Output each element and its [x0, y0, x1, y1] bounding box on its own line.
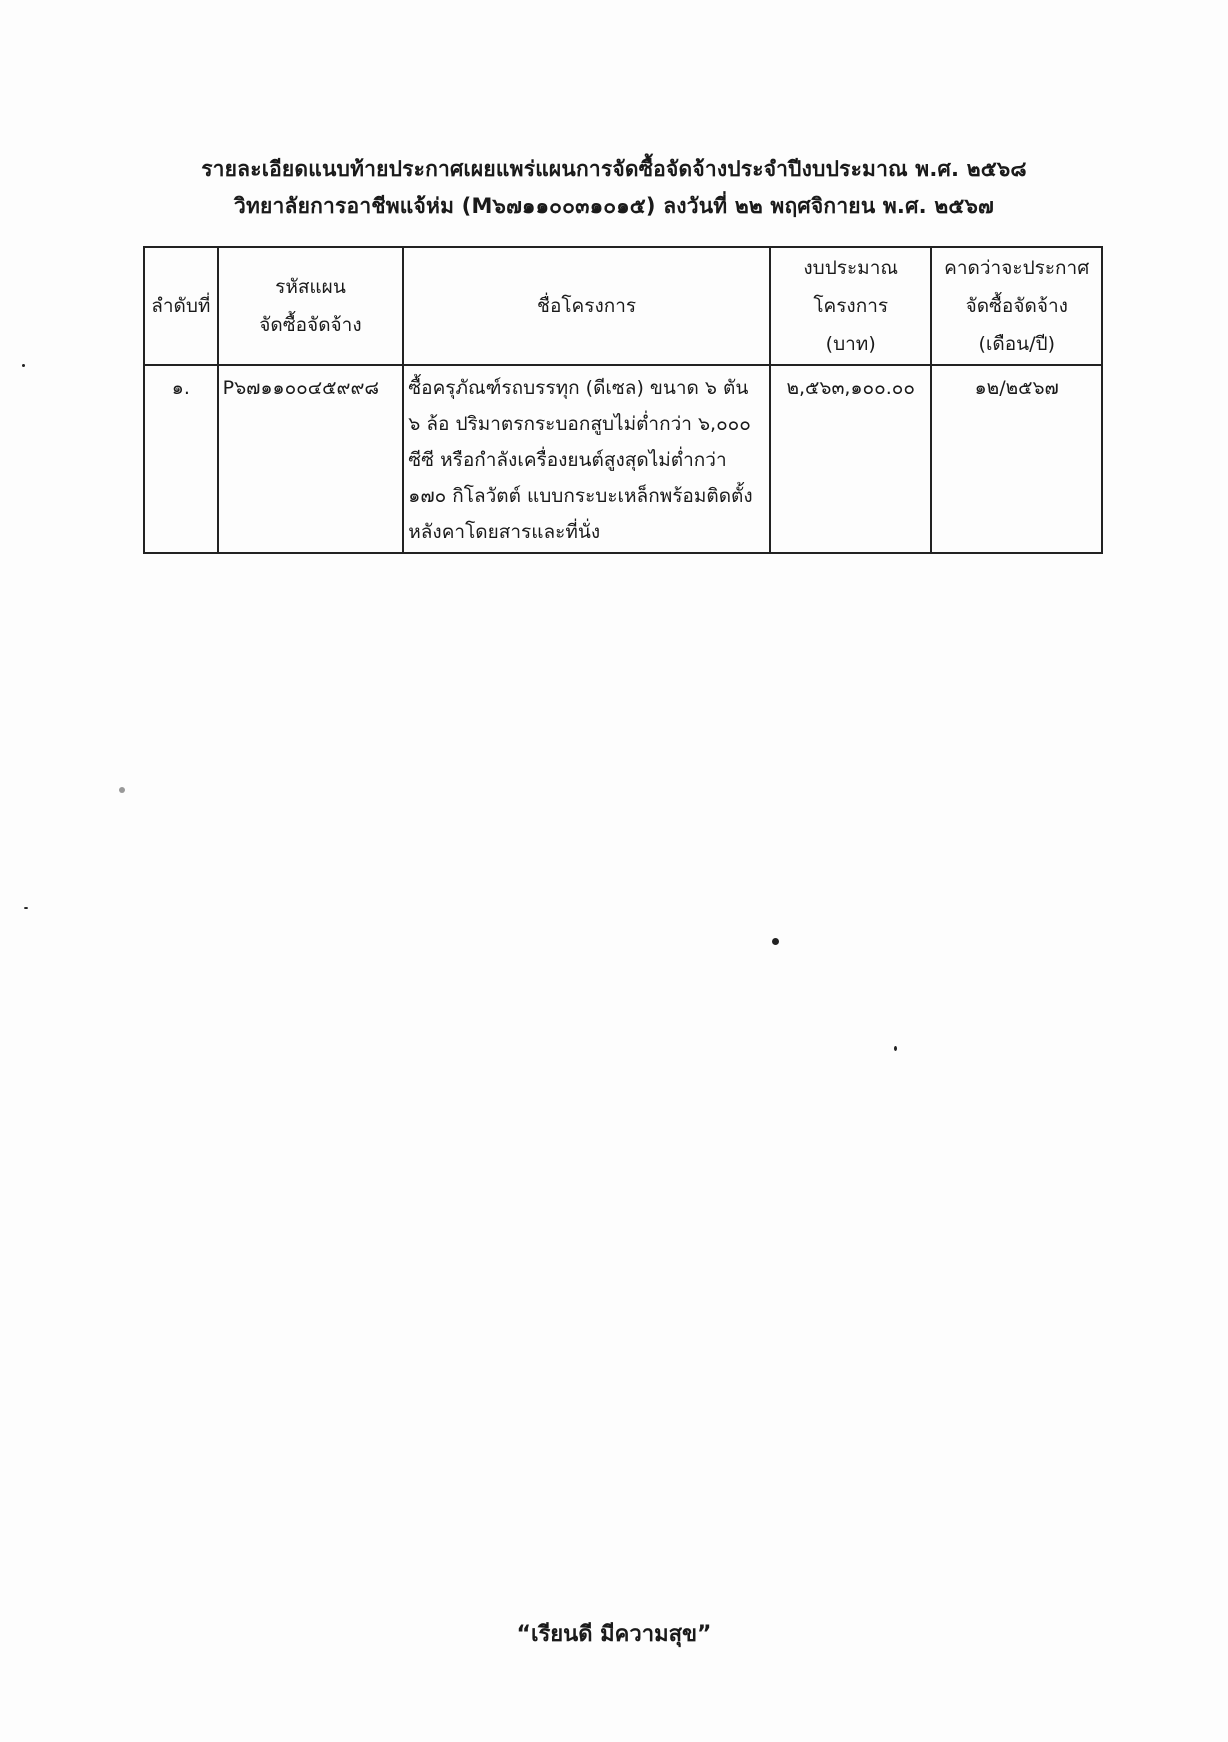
- table-row: ๑. P๖๗๑๑๐๐๔๕๙๙๘ ซื้อครุภัณฑ์รถบรรทุก (ดี…: [144, 365, 1102, 553]
- column-header-expected-date: คาดว่าจะประกาศ จัดซื้อจัดจ้าง (เดือน/ปี): [931, 247, 1102, 365]
- column-header-no: ลำดับที่: [144, 247, 218, 365]
- row-budget: ๒,๕๖๓,๑๐๐.๐๐: [770, 365, 932, 553]
- footer-motto: “เรียนดี มีความสุข”: [0, 1616, 1228, 1651]
- row-plan-code: P๖๗๑๑๐๐๔๕๙๙๘: [218, 365, 404, 553]
- column-header-plan-code: รหัสแผน จัดซื้อจัดจ้าง: [218, 247, 404, 365]
- row-project-name: ซื้อครุภัณฑ์รถบรรทุก (ดีเซล) ขนาด ๖ ตัน …: [403, 365, 770, 553]
- procurement-plan-table: ลำดับที่ รหัสแผน จัดซื้อจัดจ้าง ชื่อโครง…: [143, 246, 1103, 554]
- document-title-line-2: วิทยาลัยการอาชีพแจ้ห่ม (M๖๗๑๑๐๐๓๑๐๑๕) ลง…: [0, 190, 1228, 223]
- scan-speck: [22, 364, 25, 367]
- column-header-project-name: ชื่อโครงการ: [403, 247, 770, 365]
- row-expected-date: ๑๒/๒๕๖๗: [931, 365, 1102, 553]
- table-header-row: ลำดับที่ รหัสแผน จัดซื้อจัดจ้าง ชื่อโครง…: [144, 247, 1102, 365]
- scan-speck: [772, 938, 779, 945]
- scan-speck: [24, 907, 28, 909]
- column-header-budget: งบประมาณ โครงการ (บาท): [770, 247, 932, 365]
- row-no: ๑.: [144, 365, 218, 553]
- document-title-line-1: รายละเอียดแนบท้ายประกาศเผยแพร่แผนการจัดซ…: [0, 153, 1228, 186]
- scan-speck: [119, 787, 125, 793]
- scan-speck: [894, 1046, 897, 1051]
